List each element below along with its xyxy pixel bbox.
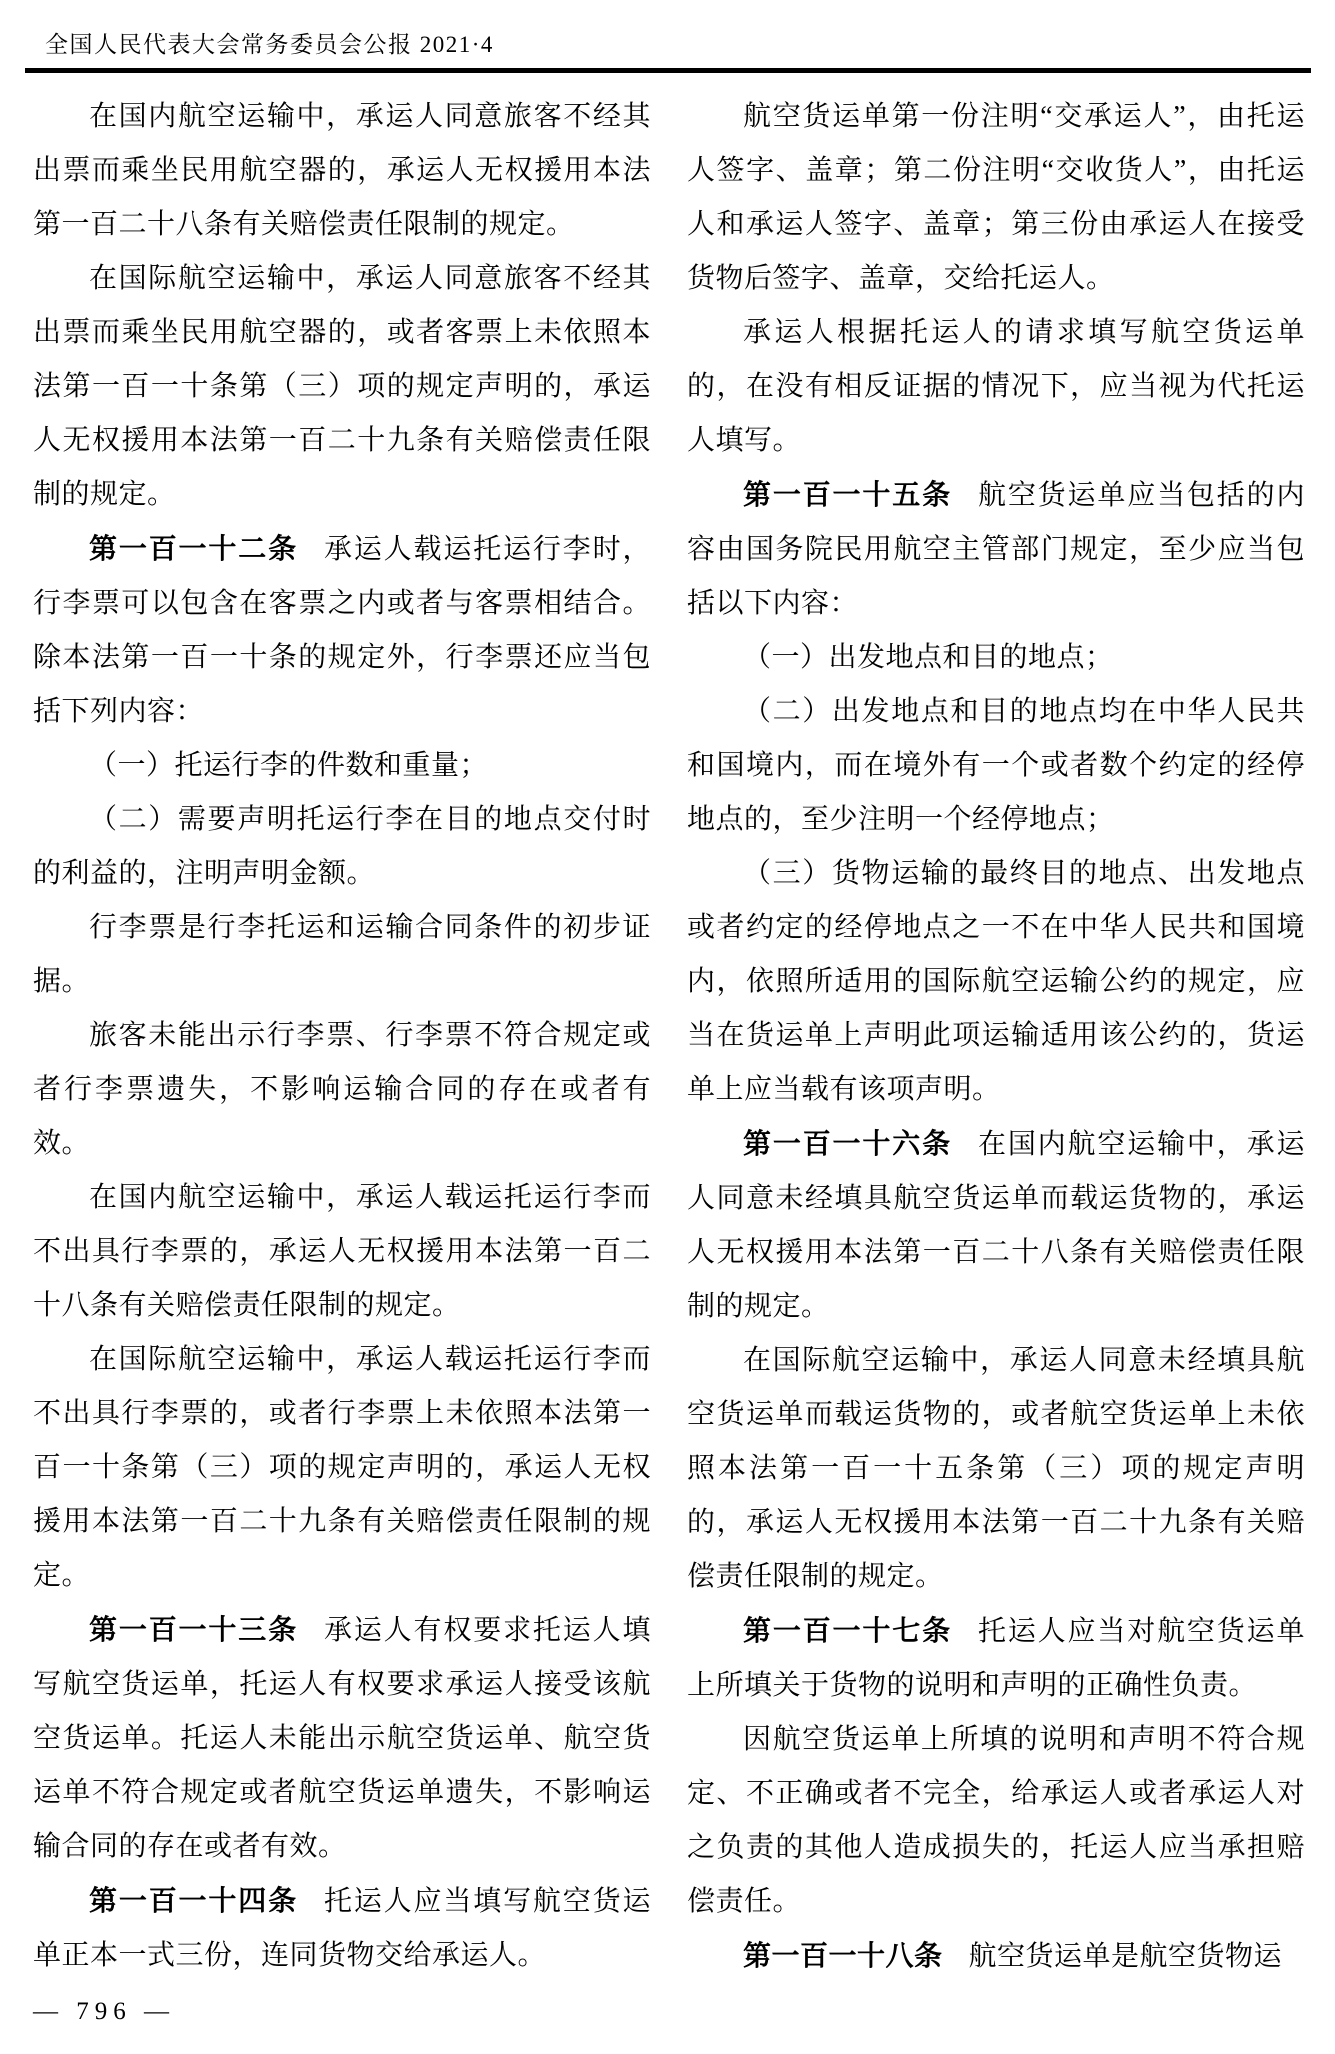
article-number: 第一百一十八条 — [743, 1940, 943, 1971]
page-number: — 796 — — [33, 1998, 175, 2026]
paragraph-text: （二）出发地点和目的地点均在中华人民共和国境内，而在境外有一个或者数个约定的经停… — [687, 696, 1305, 835]
paragraph: 因航空货运单上所填的说明和声明不符合规定、不正确或者不完全，给承运人或者承运人对… — [687, 1713, 1305, 1929]
paragraph-text: 旅客未能出示行李票、行李票不符合规定或者行李票遗失，不影响运输合同的存在或者有效… — [33, 1020, 651, 1159]
paragraph: 在国际航空运输中，承运人载运托运行李而不出具行李票的，或者行李票上未依照本法第一… — [33, 1333, 651, 1603]
paragraph: 在国际航空运输中，承运人同意旅客不经其出票而乘坐民用航空器的，或者客票上未依照本… — [33, 252, 651, 522]
paragraph-text: 因航空货运单上所填的说明和声明不符合规定、不正确或者不完全，给承运人或者承运人对… — [687, 1724, 1305, 1917]
paragraph-text: 航空货运单第一份注明“交承运人”，由托运人签字、盖章；第二份注明“交收货人”，由… — [687, 101, 1305, 294]
paragraph: 旅客未能出示行李票、行李票不符合规定或者行李票遗失，不影响运输合同的存在或者有效… — [33, 1009, 651, 1171]
paragraph-text: （一）托运行李的件数和重量； — [89, 750, 488, 781]
list-item: （三）货物运输的最终目的地点、出发地点或者约定的经停地点之一不在中华人民共和国境… — [687, 847, 1305, 1117]
header-rule — [25, 68, 1311, 73]
article-number: 第一百一十三条 — [89, 1614, 298, 1645]
paragraph: 行李票是行李托运和运输合同条件的初步证据。 — [33, 901, 651, 1009]
paragraph-text: 在国际航空运输中，承运人载运托运行李而不出具行李票的，或者行李票上未依照本法第一… — [33, 1344, 651, 1591]
paragraph-text: 在国际航空运输中，承运人同意旅客不经其出票而乘坐民用航空器的，或者客票上未依照本… — [33, 263, 651, 510]
paragraph-text: 行李票是行李托运和运输合同条件的初步证据。 — [33, 912, 651, 997]
paragraph: 在国内航空运输中，承运人同意旅客不经其出票而乘坐民用航空器的，承运人无权援用本法… — [33, 90, 651, 252]
paragraph: 航空货运单第一份注明“交承运人”，由托运人签字、盖章；第二份注明“交收货人”，由… — [687, 90, 1305, 306]
article-number: 第一百一十六条 — [743, 1128, 952, 1159]
paragraph-text: （一）出发地点和目的地点； — [743, 642, 1114, 673]
paragraph-text: 在国内航空运输中，承运人同意旅客不经其出票而乘坐民用航空器的，承运人无权援用本法… — [33, 101, 651, 240]
paragraph: 第一百一十四条托运人应当填写航空货运单正本一式三份，连同货物交给承运人。 — [33, 1874, 651, 1983]
paragraph: 在国际航空运输中，承运人同意未经填具航空货运单而载运货物的，或者航空货运单上未依… — [687, 1334, 1305, 1604]
paragraph-text: 在国内航空运输中，承运人载运托运行李而不出具行李票的，承运人无权援用本法第一百二… — [33, 1182, 651, 1321]
paragraph-text: （二）需要声明托运行李在目的地点交付时的利益的，注明声明金额。 — [33, 804, 651, 889]
paragraph: 第一百一十七条托运人应当对航空货运单上所填关于货物的说明和声明的正确性负责。 — [687, 1604, 1305, 1713]
paragraph: 第一百一十八条航空货运单是航空货物运 — [687, 1929, 1305, 1984]
paragraph-text: 承运人有权要求托运人填写航空货运单，托运人有权要求承运人接受该航空货运单。托运人… — [33, 1615, 651, 1862]
paragraph-text: 在国际航空运输中，承运人同意未经填具航空货运单而载运货物的，或者航空货运单上未依… — [687, 1345, 1305, 1592]
paragraph: 第一百一十三条承运人有权要求托运人填写航空货运单，托运人有权要求承运人接受该航空… — [33, 1603, 651, 1874]
list-item: （一）出发地点和目的地点； — [687, 631, 1305, 685]
paragraph: 在国内航空运输中，承运人载运托运行李而不出具行李票的，承运人无权援用本法第一百二… — [33, 1171, 651, 1333]
article-number: 第一百一十七条 — [743, 1615, 952, 1646]
paragraph: 第一百一十二条承运人载运托运行李时，行李票可以包含在客票之内或者与客票相结合。除… — [33, 522, 651, 739]
paragraph-text: （三）货物运输的最终目的地点、出发地点或者约定的经停地点之一不在中华人民共和国境… — [687, 858, 1305, 1105]
paragraph-text: 承运人根据托运人的请求填写航空货运单的，在没有相反证据的情况下，应当视为代托运人… — [687, 317, 1305, 456]
left-column: 在国内航空运输中，承运人同意旅客不经其出票而乘坐民用航空器的，承运人无权援用本法… — [33, 90, 651, 1984]
article-number: 第一百一十四条 — [89, 1885, 298, 1916]
page-title: 全国人民代表大会常务委员会公报 2021·4 — [45, 26, 494, 59]
right-column: 航空货运单第一份注明“交承运人”，由托运人签字、盖章；第二份注明“交收货人”，由… — [687, 90, 1305, 1984]
article-number: 第一百一十二条 — [89, 533, 298, 564]
paragraph: 第一百一十六条在国内航空运输中，承运人同意未经填具航空货运单而载运货物的，承运人… — [687, 1117, 1305, 1334]
page-body: 在国内航空运输中，承运人同意旅客不经其出票而乘坐民用航空器的，承运人无权援用本法… — [33, 90, 1305, 1984]
gazette-page: 全国人民代表大会常务委员会公报 2021·4 在国内航空运输中，承运人同意旅客不… — [0, 0, 1335, 2054]
paragraph: 第一百一十五条航空货运单应当包括的内容由国务院民用航空主管部门规定，至少应当包括… — [687, 468, 1305, 631]
article-number: 第一百一十五条 — [743, 479, 952, 510]
paragraph-text: 航空货运单是航空货物运 — [969, 1941, 1283, 1972]
paragraph: 承运人根据托运人的请求填写航空货运单的，在没有相反证据的情况下，应当视为代托运人… — [687, 306, 1305, 468]
list-item: （二）需要声明托运行李在目的地点交付时的利益的，注明声明金额。 — [33, 793, 651, 901]
list-item: （一）托运行李的件数和重量； — [33, 739, 651, 793]
list-item: （二）出发地点和目的地点均在中华人民共和国境内，而在境外有一个或者数个约定的经停… — [687, 685, 1305, 847]
